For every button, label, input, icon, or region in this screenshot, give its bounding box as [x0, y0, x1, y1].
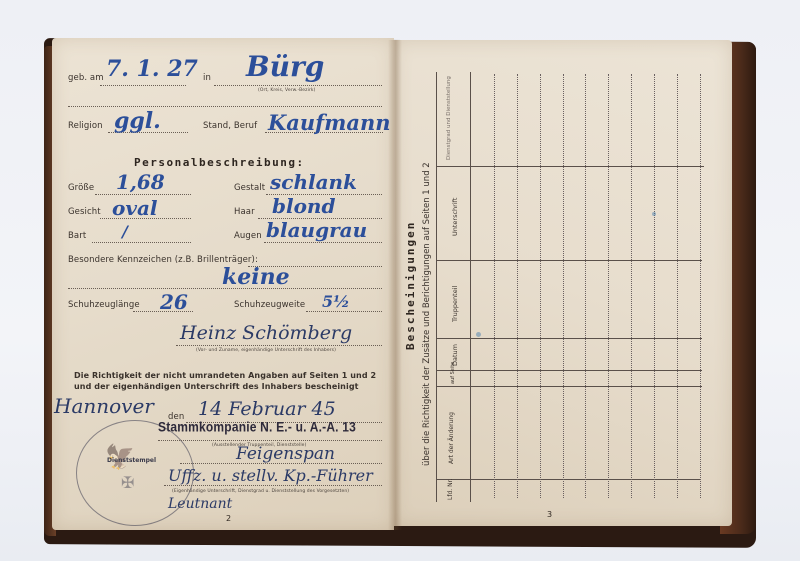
col-divider-1 — [436, 166, 704, 167]
holder-signature-line — [176, 345, 382, 346]
row-line — [494, 74, 495, 498]
certification-text: Die Richtigkeit der nicht umrandeten Ang… — [74, 370, 380, 392]
officer-rank: Leutnant — [168, 496, 232, 512]
page-number-right: 3 — [547, 510, 552, 519]
height-line — [95, 194, 191, 195]
issuing-place: Hannover — [54, 394, 154, 418]
ink-spot — [476, 332, 481, 337]
born-on-line — [100, 85, 186, 86]
header-signature: Unterschrift — [451, 198, 459, 236]
row-line — [654, 74, 655, 498]
row-line — [608, 74, 609, 498]
beard-line — [92, 242, 191, 243]
religion-label: Religion — [68, 121, 103, 131]
table-border-left — [436, 72, 437, 502]
occupation-label: Stand, Beruf — [203, 121, 257, 131]
religion-value: ggl. — [114, 108, 161, 134]
born-on-value: 7. 1. 27 — [106, 56, 198, 82]
col-divider-2 — [436, 260, 702, 261]
build-value: schlank — [270, 170, 357, 194]
row-line — [540, 74, 541, 498]
height-value: 1,68 — [116, 170, 165, 194]
occupation-value: Kaufmann — [268, 110, 391, 135]
header-date: Datum — [451, 344, 459, 366]
emblem-icon: ✠ — [121, 473, 134, 492]
officer-line — [180, 463, 382, 464]
seal-label: Dienststempel — [107, 457, 156, 464]
eyes-label: Augen — [234, 231, 262, 241]
right-page-title: Bescheinigungen — [404, 221, 417, 350]
birthplace-line-2 — [68, 106, 382, 107]
beard-value: / — [122, 222, 128, 241]
signature-hint: (Eigenhändige Unterschrift, Dienstgrad u… — [172, 489, 349, 494]
special-marks-value: keine — [222, 264, 290, 290]
birthplace-hint: (Ort, Kreis, Verw.-Bezirk) — [258, 88, 316, 93]
face-value: oval — [112, 196, 158, 220]
holder-signature-hint: (Vor- und Zuname, eigenhändige Unterschr… — [196, 348, 336, 353]
hair-label: Haar — [234, 207, 255, 217]
row-line — [517, 74, 518, 498]
col-divider-5 — [436, 386, 702, 387]
right-page-subtitle: über die Richtigkeit der Zusätze und Ber… — [422, 162, 432, 466]
height-label: Größe — [68, 183, 94, 193]
born-on-label: geb. am — [68, 73, 104, 83]
birthplace-value: Bürg — [246, 50, 324, 83]
build-label: Gestalt — [234, 183, 265, 193]
officer-position: Uffz. u. stellv. Kp.-Führer — [168, 466, 373, 485]
book-gutter — [388, 40, 402, 530]
issue-date: 14 Februar 45 — [198, 398, 336, 420]
hair-value: blond — [272, 194, 335, 218]
holder-signature: Heinz Schömberg — [180, 322, 352, 344]
shoe-length-label: Schuhzeuglänge — [68, 300, 140, 310]
header-unit: Truppenteil — [451, 286, 459, 322]
shoe-width-label: Schuhzeugweite — [234, 300, 305, 310]
header-rank: Dienstgrad und Dienststellung — [446, 76, 452, 160]
col-divider-3 — [436, 338, 702, 339]
shoe-length-value: 26 — [160, 290, 188, 314]
page-number-left: 2 — [226, 514, 231, 523]
col-divider-4 — [436, 370, 702, 371]
eyes-line — [264, 242, 382, 243]
officer-position-line — [164, 485, 382, 486]
face-label: Gesicht — [68, 207, 101, 217]
description-heading: Personalbeschreibung: — [134, 156, 305, 169]
unit-line — [158, 440, 382, 441]
header-change-type: Art der Änderung — [448, 412, 455, 464]
eyes-value: blaugrau — [266, 218, 367, 242]
row-line — [700, 74, 701, 498]
row-line — [631, 74, 632, 498]
beard-label: Bart — [68, 231, 86, 241]
officer-name: Feigenspan — [236, 444, 335, 464]
table-header-divider — [470, 72, 471, 502]
birthplace-label: in — [203, 73, 211, 83]
row-line — [563, 74, 564, 498]
ink-spot — [652, 212, 656, 216]
shoe-width-line — [306, 311, 382, 312]
col-divider-6 — [436, 479, 700, 480]
unit-stamp: Stammkompanie N. E.- u. A.-A. 13 — [158, 419, 356, 435]
row-line — [585, 74, 586, 498]
shoe-width-value: 5½ — [322, 292, 350, 311]
row-line — [677, 74, 678, 498]
header-row-number: Lfd. Nr. — [447, 479, 454, 500]
birthplace-line — [214, 85, 382, 86]
